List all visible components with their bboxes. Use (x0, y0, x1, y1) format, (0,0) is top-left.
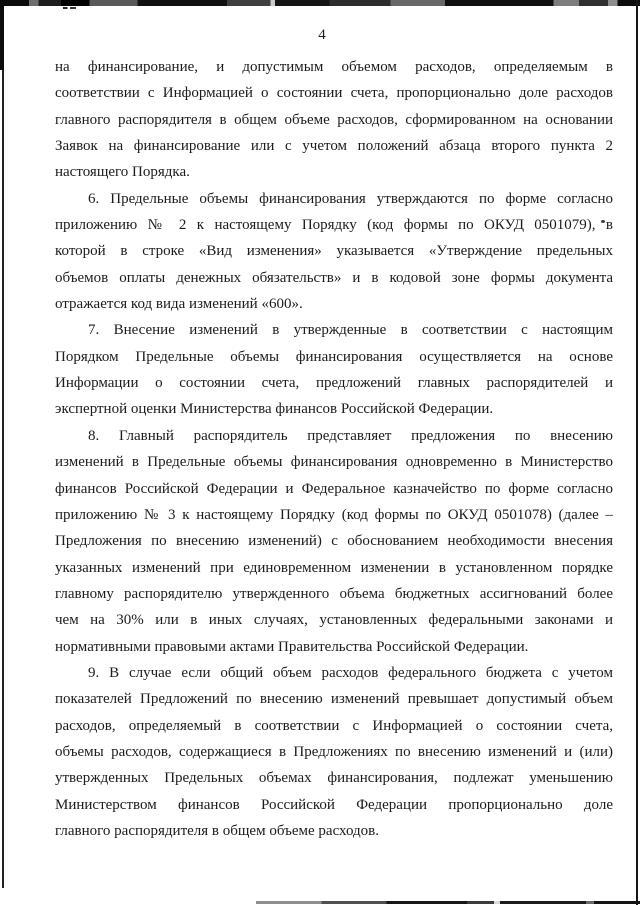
scan-artifact-top-edge (0, 0, 640, 6)
text-line: изменений в Предельные объемы финансиров… (55, 449, 613, 475)
text-line: экспертной оценки Министерства финансов … (55, 396, 613, 422)
scan-artifact-bottom-edge (256, 901, 640, 904)
text-line: Информации о состоянии счета, предложени… (55, 370, 613, 396)
text-line: 7. Внесение изменений в утвержденные в с… (55, 317, 613, 343)
text-line: главного распорядителя в общем объеме ра… (55, 107, 613, 133)
text-line: на финансирование, и допустимым объемом … (55, 54, 613, 80)
text-line: Порядком Предельные объемы финансировани… (55, 344, 613, 370)
text-line: 9. В случае если общий объем расходов фе… (55, 660, 613, 686)
document-body: на финансирование, и допустимым объемом … (55, 54, 613, 844)
text-line: приложению № 3 к настоящему Порядку (код… (55, 502, 613, 528)
text-line: Предложения по внесению изменений) с обо… (55, 528, 613, 554)
text-line: финансов Российской Федерации и Федераль… (55, 476, 613, 502)
text-line: объемов оплаты денежных обязательств» и … (55, 265, 613, 291)
text-line: нормативными правовыми актами Правительс… (55, 634, 613, 660)
scanned-page: 4 на финансирование, и допустимым объемо… (0, 0, 640, 905)
text-line: 6. Предельные объемы финансирования утве… (55, 186, 613, 212)
text-line: главному распорядителю утвержденного объ… (55, 581, 613, 607)
text-line: указанных изменений при единовременном и… (55, 555, 613, 581)
text-line: Министерством финансов Российской Федера… (55, 792, 613, 818)
text-line: настоящего Порядка. (55, 159, 613, 185)
scan-artifact-speck (63, 7, 76, 9)
scan-artifact-right-edge (636, 0, 638, 905)
page-number: 4 (0, 27, 640, 44)
text-line: главного распорядителя в общем объеме ра… (55, 818, 613, 844)
text-line: 8. Главный распорядитель представляет пр… (55, 423, 613, 449)
text-line: которой в строке «Вид изменения» указыва… (55, 238, 613, 264)
text-line: соответствии с Информацией о состоянии с… (55, 80, 613, 106)
text-line: показателей Предложений по внесению изме… (55, 686, 613, 712)
text-line: расходов, определяемый в соответствии с … (55, 713, 613, 739)
text-line: утвержденных Предельных объемах финансир… (55, 765, 613, 791)
text-line: объемы расходов, содержащиеся в Предложе… (55, 739, 613, 765)
text-line: приложению № 2 к настоящему Порядку (код… (55, 212, 613, 238)
text-line: Заявок на финансирование или с учетом по… (55, 133, 613, 159)
text-line: отражается код вида изменений «600». (55, 291, 613, 317)
text-line: чем на 30% или в иных случаях, установле… (55, 607, 613, 633)
scan-artifact-left-edge (2, 0, 4, 888)
